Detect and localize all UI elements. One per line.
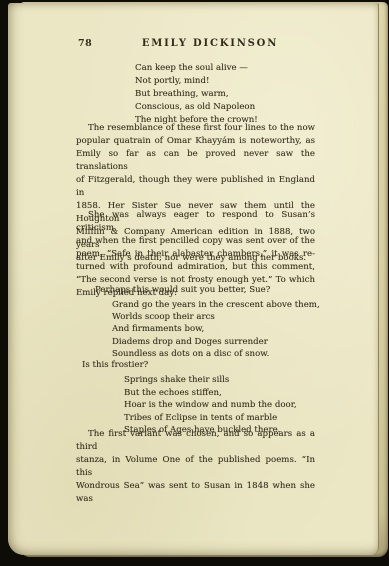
poem-line: Soundless as dots on a disc of snow.: [112, 348, 320, 360]
question-is-this-frostier: Is this frostier?: [82, 360, 148, 370]
book-page: 78 EMILY DICKINSON Can keep the soul ali…: [8, 3, 379, 555]
poem-line: Hoar is the window and numb the door,: [124, 399, 297, 412]
poem-line: And firmaments bow,: [112, 323, 320, 335]
poem-line: Springs shake their sills: [124, 374, 297, 387]
text-line: poem, “Safe in their alabaster chambers,…: [76, 248, 315, 261]
text-line: Emily so far as can be proved never saw …: [76, 148, 315, 174]
scan-backdrop: 78 EMILY DICKINSON Can keep the soul ali…: [0, 0, 389, 566]
poem-line: Conscious, as old Napoleon: [135, 101, 258, 114]
text-line: popular quatrain of Omar Khayyám is note…: [76, 135, 315, 148]
text-line: and when the first pencilled copy was se…: [76, 235, 315, 248]
question-suit-you-better: Perhaps this would suit you better, Sue?: [95, 285, 270, 295]
poem-grand-go-the-years: Grand go the years in the crescent above…: [112, 299, 320, 360]
poem-line: Grand go the years in the crescent above…: [112, 299, 320, 311]
text-line: of Fitzgerald, though they were publishe…: [76, 174, 315, 200]
paragraph-first-variant: The first variant was chosen, and so app…: [76, 428, 315, 506]
poem-line: Not portly, mind!: [135, 75, 258, 88]
text-line: turned with profound admiration, but thi…: [76, 261, 315, 274]
text-line: Wondrous Sea” was sent to Susan in 1848 …: [76, 480, 315, 506]
running-head: 78 EMILY DICKINSON: [76, 38, 314, 51]
poem-can-keep-the-soul: Can keep the soul alive — Not portly, mi…: [135, 62, 258, 127]
poem-line: Tribes of Eclipse in tents of marble: [124, 412, 297, 425]
running-title: EMILY DICKINSON: [76, 38, 314, 49]
text-line: stanza, in Volume One of the published p…: [76, 454, 315, 480]
text-line: The first variant was chosen, and so app…: [76, 428, 315, 454]
text-line: She was always eager to respond to Susan…: [76, 209, 315, 235]
poem-line: Worlds scoop their arcs: [112, 311, 320, 323]
poem-line: But breathing, warm,: [135, 88, 258, 101]
poem-line: Can keep the soul alive —: [135, 62, 258, 75]
page-number: 78: [78, 38, 92, 49]
poem-line: Diadems drop and Doges surrender: [112, 336, 320, 348]
poem-line: But the echoes stiffen,: [124, 387, 297, 400]
text-line: The resemblance of these first four line…: [76, 122, 315, 135]
